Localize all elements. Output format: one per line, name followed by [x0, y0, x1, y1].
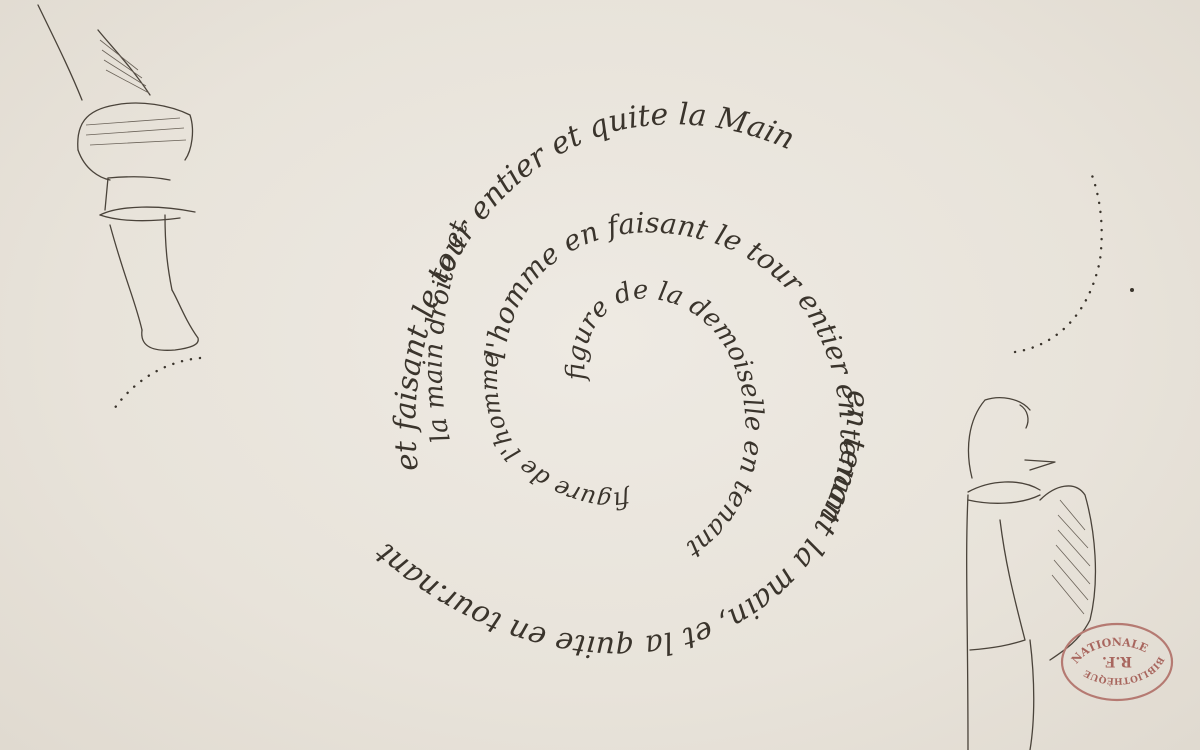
spiral-inner-left-label: la main droite et [419, 217, 475, 445]
left-arm-illustration [38, 5, 198, 350]
dotted-trail-left [112, 358, 200, 412]
engraving-sheet: et faisant le tour entier et quite la Ma… [0, 0, 1200, 750]
library-stamp: NATIONALE BIBLIOTHÈQUE R.F. [1062, 624, 1172, 700]
ink-dot [1130, 288, 1134, 292]
right-arm-illustration [967, 398, 1096, 750]
dance-figure-diagram: et faisant le tour entier et quite la Ma… [0, 0, 1200, 750]
spiral-text-inner-left: la main droite et [419, 217, 475, 445]
spiral-core-label: figure de l'homme [475, 351, 634, 514]
spiral-text-core: figure de l'homme [475, 351, 634, 514]
dotted-trail-right [1015, 170, 1102, 352]
stamp-center-text: R.F. [1102, 653, 1132, 669]
spiral-text-inner: figure de la demoiselle en tenant [561, 275, 768, 564]
spiral-inner-label: figure de la demoiselle en tenant [561, 275, 768, 564]
